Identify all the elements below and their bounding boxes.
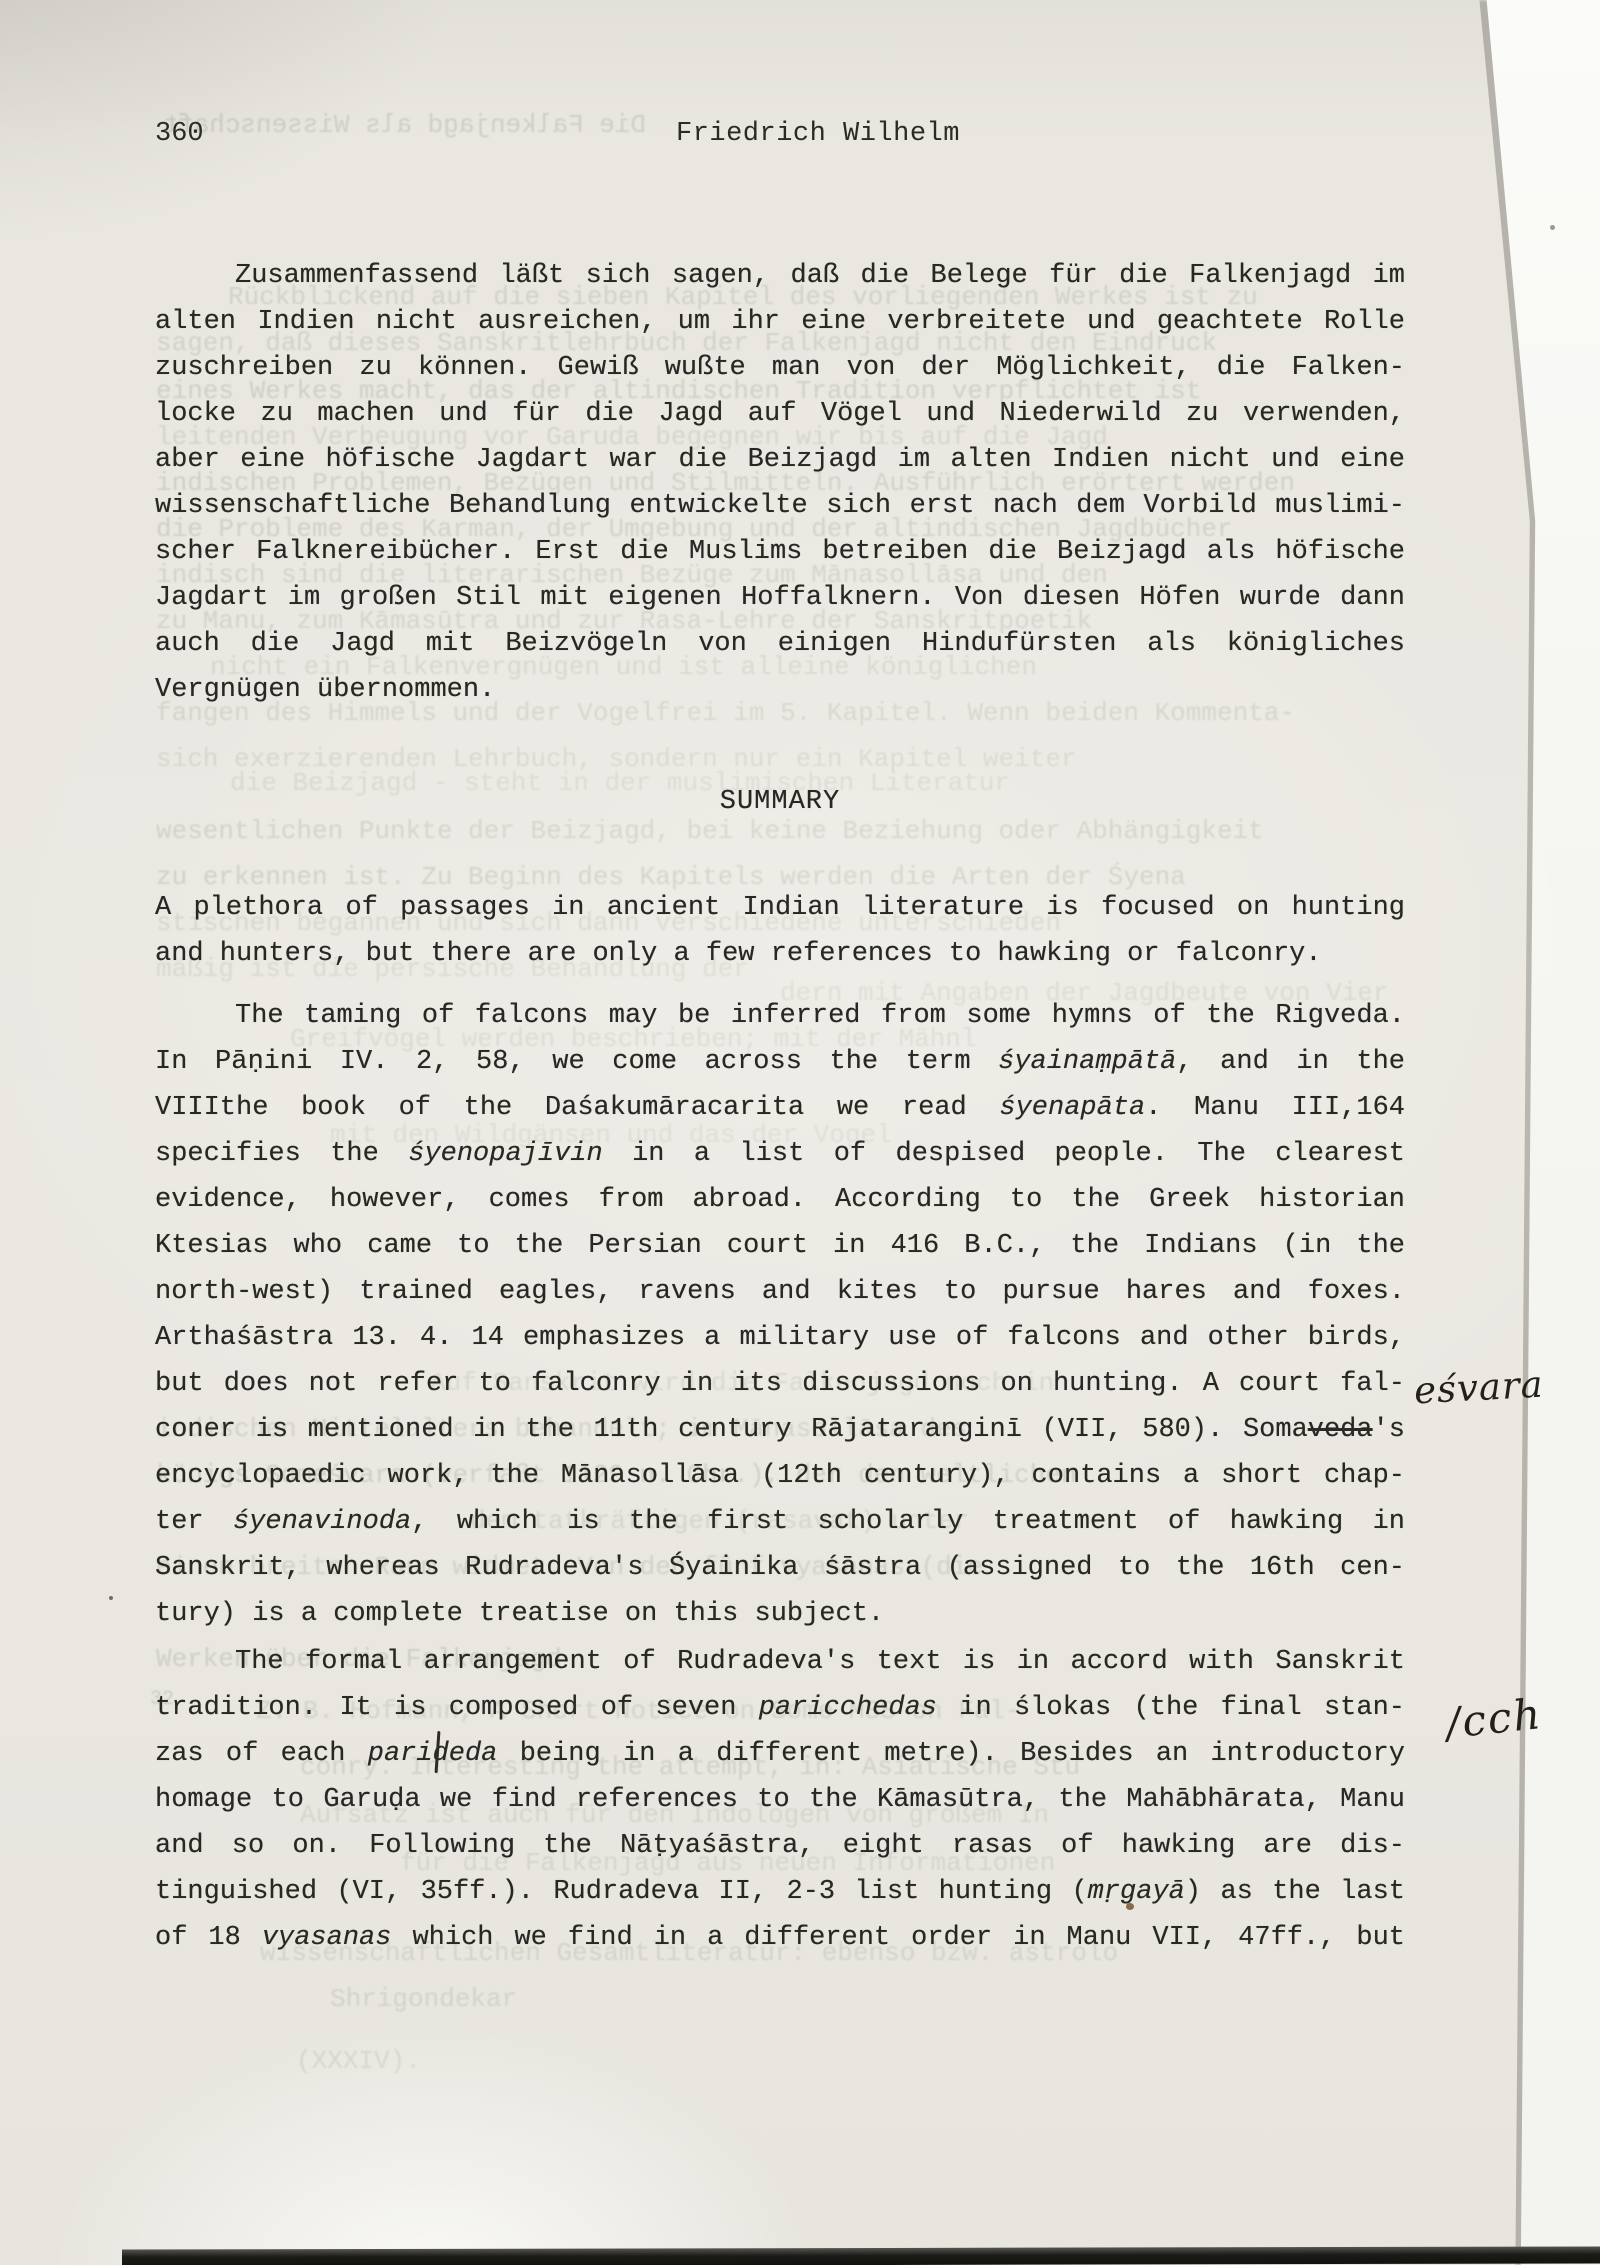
- text-line: aber eine höfische Jagdart war die Beizj…: [155, 437, 1405, 483]
- text-segment: vyasanas: [262, 1923, 392, 1953]
- text-segment: and so on. Following the Nāṭyaśāstra, ei…: [155, 1831, 1405, 1861]
- text-segment: which we find in a different order in Ma…: [391, 1923, 1405, 1953]
- text-segment: but does not refer to falconry in its di…: [155, 1369, 1405, 1399]
- text-segment: wissenschaftliche Behandlung entwickelte…: [155, 491, 1405, 521]
- text-segment: aber eine höfische Jagdart war die Beizj…: [155, 445, 1405, 475]
- text-segment: locke zu machen und für die Jagd auf Vög…: [155, 399, 1405, 429]
- text-segment: zuschreiben zu können. Gewiß wußte man v…: [155, 353, 1405, 383]
- text-segment: , which is the first scholarly treatment…: [411, 1507, 1405, 1537]
- text-line: tradition. It is composed of seven paric…: [155, 1685, 1405, 1731]
- text-line: Jagdart im großen Stil mit eigenen Hoffa…: [155, 575, 1405, 621]
- text-segment: Jagdart im großen Stil mit eigenen Hoffa…: [155, 583, 1405, 613]
- text-line: homage to Garuḍa we find references to t…: [155, 1777, 1405, 1823]
- bleed-through-text: sich exerzierenden Lehrbuch, sondern nur…: [156, 744, 1077, 774]
- text-segment: The formal arrangement of Rudradeva's te…: [235, 1647, 1405, 1677]
- bleed-through-text: Shrigondekar: [330, 1984, 517, 2014]
- text-line: of 18 vyasanas which we find in a differ…: [155, 1915, 1405, 1961]
- text-segment: VIIIthe book of the Daśakumāracarita we …: [155, 1093, 999, 1123]
- text-segment: Zusammenfassend läßt sich sagen, daß die…: [235, 261, 1405, 291]
- text-segment: A plethora of passages in ancient Indian…: [155, 893, 1405, 923]
- text-segment: śyenopajīvin: [408, 1139, 602, 1169]
- text-line: Ktesias who came to the Persian court in…: [155, 1223, 1405, 1269]
- text-line: locke zu machen und für die Jagd auf Vög…: [155, 391, 1405, 437]
- text-segment: . Manu III,164: [1145, 1093, 1405, 1123]
- text-segment: tradition. It is composed of seven: [155, 1693, 759, 1723]
- running-head: Friedrich Wilhelm: [676, 111, 960, 157]
- margin-annotation-esvara: eśvara: [1413, 1363, 1545, 1413]
- text-segment: scher Falknereibücher. Erst die Muslims …: [155, 537, 1405, 567]
- text-segment: ter: [155, 1507, 233, 1537]
- text-segment: being in a different metre). Besides an …: [497, 1739, 1405, 1769]
- scanned-page: Die Falkenjagd als WissenschaftRückblick…: [0, 0, 1600, 2265]
- stain-speck: [1126, 1903, 1134, 1910]
- text-line: wissenschaftliche Behandlung entwickelte…: [155, 483, 1405, 529]
- stain-speck: [109, 1596, 113, 1600]
- text-line: VIIIthe book of the Daśakumāracarita we …: [155, 1085, 1405, 1131]
- summary-paragraph-2: The taming of falcons may be inferred fr…: [155, 993, 1405, 1637]
- text-segment: of 18: [155, 1923, 262, 1953]
- text-line: Sanskrit, whereas Rudradeva's Śyainika ś…: [155, 1545, 1405, 1591]
- text-segment: coner is mentioned in the 11th century R…: [155, 1415, 1308, 1445]
- text-line: north-west) trained eagles, ravens and k…: [155, 1269, 1405, 1315]
- text-segment: north-west) trained eagles, ravens and k…: [155, 1277, 1405, 1307]
- text-line: tury) is a complete treatise on this sub…: [155, 1591, 1405, 1637]
- text-line: A plethora of passages in ancient Indian…: [155, 885, 1405, 931]
- text-line: but does not refer to falconry in its di…: [155, 1361, 1405, 1407]
- text-line: Zusammenfassend läßt sich sagen, daß die…: [155, 253, 1405, 299]
- margin-annotation-cch: /cch: [1444, 1689, 1545, 1748]
- text-line: Arthaśāstra 13. 4. 14 emphasizes a milit…: [155, 1315, 1405, 1361]
- text-segment: tury) is a complete treatise on this sub…: [155, 1599, 884, 1629]
- text-segment: paricchedas: [759, 1693, 937, 1723]
- text-line: tinguished (VI, 35ff.). Rudradeva II, 2-…: [155, 1869, 1405, 1915]
- page-number: 360: [155, 111, 204, 157]
- text-segment: auch die Jagd mit Beizvögeln von einigen…: [155, 629, 1405, 659]
- text-segment: mṛgayā: [1088, 1877, 1185, 1907]
- text-line: ter śyenavinoda, which is the first scho…: [155, 1499, 1405, 1545]
- text-line: specifies the śyenopajīvin in a list of …: [155, 1131, 1405, 1177]
- bleed-through-text: (XXXIV).: [296, 2046, 421, 2076]
- text-segment: 's: [1373, 1415, 1405, 1445]
- text-segment: in ślokas (the final stan-: [937, 1693, 1405, 1723]
- text-line: The formal arrangement of Rudradeva's te…: [155, 1639, 1405, 1685]
- text-segment: śyainaṃpātā: [998, 1047, 1176, 1077]
- text-line: Vergnügen übernommen.: [155, 667, 1405, 713]
- stain-speck: [1550, 225, 1555, 230]
- text-segment: encyclopaedic work, the Mānasollāsa (12t…: [155, 1461, 1405, 1491]
- text-segment: homage to Garuḍa we find references to t…: [155, 1785, 1405, 1815]
- text-line: evidence, however, comes from abroad. Ac…: [155, 1177, 1405, 1223]
- text-line: and hunters, but there are only a few re…: [155, 931, 1405, 977]
- text-segment: Vergnügen übernommen.: [155, 675, 495, 705]
- text-segment: in a list of despised people. The cleare…: [603, 1139, 1405, 1169]
- text-segment: Sanskrit, whereas Rudradeva's Śyainika ś…: [155, 1553, 1405, 1583]
- bleed-through-text: Die Falkenjagd als Wissenschaft: [162, 110, 646, 140]
- text-segment: alten Indien nicht ausreichen, um ihr ei…: [155, 307, 1405, 337]
- scanner-edge-band: [122, 2246, 1600, 2265]
- text-line: scher Falknereibücher. Erst die Muslims …: [155, 529, 1405, 575]
- german-abstract: Zusammenfassend läßt sich sagen, daß die…: [155, 253, 1405, 713]
- text-segment: śyenapāta: [999, 1093, 1145, 1123]
- text-line: alten Indien nicht ausreichen, um ihr ei…: [155, 299, 1405, 345]
- text-segment: In Pāṇini IV. 2, 58, we come across the …: [155, 1047, 998, 1077]
- text-segment: Ktesias who came to the Persian court in…: [155, 1231, 1405, 1261]
- summary-paragraph-1: A plethora of passages in ancient Indian…: [155, 885, 1405, 977]
- text-segment: parideda: [368, 1739, 498, 1769]
- text-line: coner is mentioned in the 11th century R…: [155, 1407, 1405, 1453]
- text-segment: specifies the: [155, 1139, 408, 1169]
- text-line: encyclopaedic work, the Mānasollāsa (12t…: [155, 1453, 1405, 1499]
- text-line: zuschreiben zu können. Gewiß wußte man v…: [155, 345, 1405, 391]
- text-segment: ) as the last: [1185, 1877, 1405, 1907]
- text-line: and so on. Following the Nāṭyaśāstra, ei…: [155, 1823, 1405, 1869]
- text-line: In Pāṇini IV. 2, 58, we come across the …: [155, 1039, 1405, 1085]
- text-segment: Arthaśāstra 13. 4. 14 emphasizes a milit…: [155, 1323, 1405, 1353]
- text-line: auch die Jagd mit Beizvögeln von einigen…: [155, 621, 1405, 667]
- text-line: The taming of falcons may be inferred fr…: [155, 993, 1405, 1039]
- text-segment: śyenavinoda: [233, 1507, 411, 1537]
- text-segment: The taming of falcons may be inferred fr…: [235, 1001, 1405, 1031]
- text-segment: veda: [1308, 1415, 1373, 1445]
- text-segment: evidence, however, comes from abroad. Ac…: [155, 1185, 1405, 1215]
- text-segment: tinguished (VI, 35ff.). Rudradeva II, 2-…: [155, 1877, 1088, 1907]
- summary-heading: SUMMARY: [155, 779, 1405, 825]
- text-segment: , and in the: [1176, 1047, 1405, 1077]
- text-line: zas of each parideda being in a differen…: [155, 1731, 1405, 1777]
- underlying-sheet-edge: [1420, 0, 1600, 2265]
- text-segment: and hunters, but there are only a few re…: [155, 939, 1322, 969]
- text-segment: zas of each: [155, 1739, 368, 1769]
- summary-paragraph-3: The formal arrangement of Rudradeva's te…: [155, 1639, 1405, 1961]
